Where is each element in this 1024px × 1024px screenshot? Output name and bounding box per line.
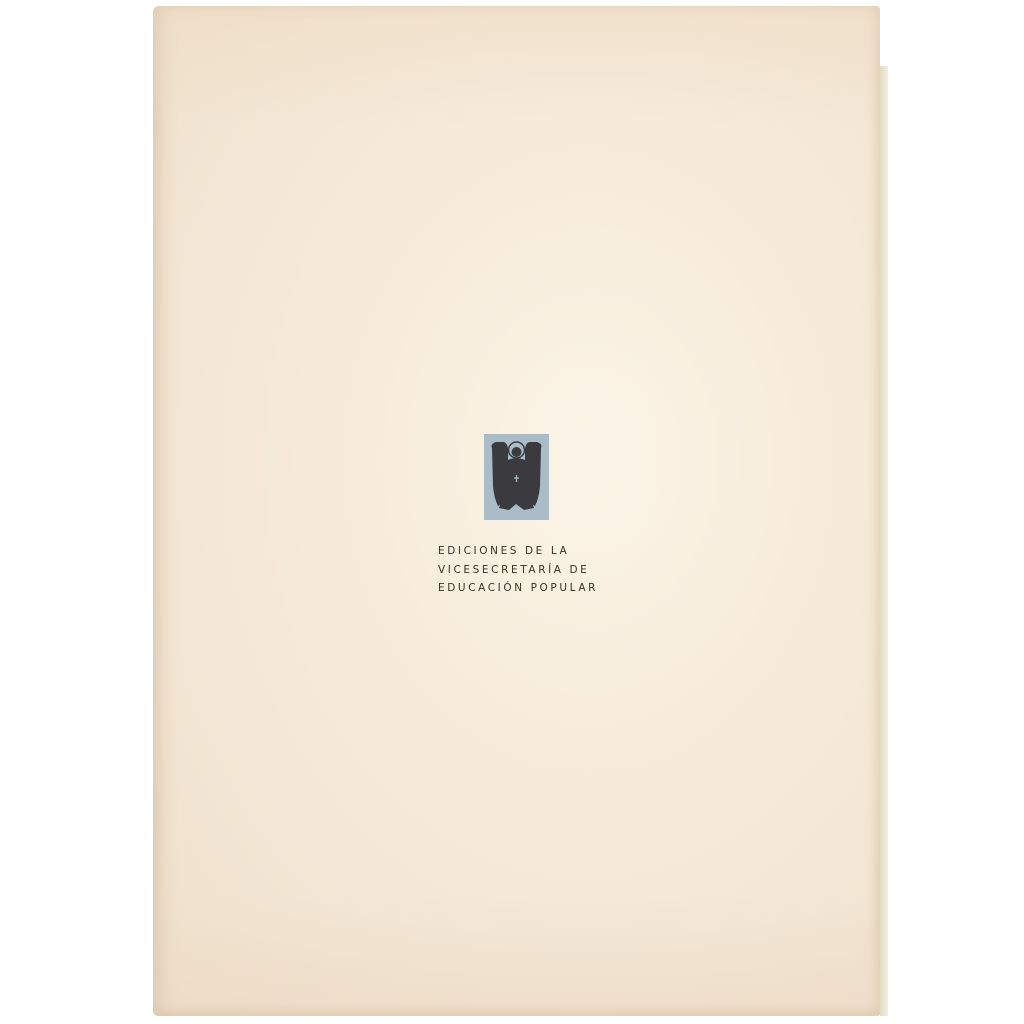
imprint-line-3: EDUCACIÓN POPULAR <box>438 579 598 598</box>
eagle-of-saint-john-icon <box>484 434 549 520</box>
imprint-line-1: EDICIONES DE LA <box>438 542 598 561</box>
publisher-emblem <box>484 434 549 520</box>
imprint-line-2: VICESECRETARÍA DE <box>438 561 598 580</box>
publisher-imprint: EDICIONES DE LA VICESECRETARÍA DE EDUCAC… <box>438 542 598 598</box>
book-back-cover: EDICIONES DE LA VICESECRETARÍA DE EDUCAC… <box>153 6 880 1016</box>
cover-edge <box>880 66 888 1016</box>
